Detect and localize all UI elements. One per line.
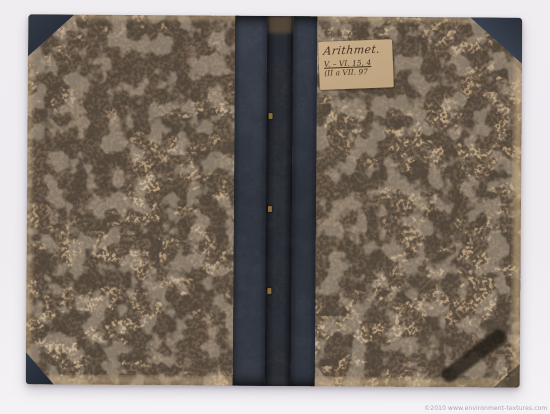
handwritten-label: Arithmet. V. – VI. 15, 4 (II a VII. 97 <box>318 39 394 90</box>
watermark-text: ©2010 www.environment-textures.com <box>424 405 547 412</box>
spine-cloth-left <box>233 16 268 386</box>
spine-staple <box>268 206 272 212</box>
label-title-text: Arithmet. <box>323 42 388 58</box>
spine-groove <box>265 16 294 386</box>
label-catalog-line: (II a VII. 97 <box>324 67 388 79</box>
spine-top-wear <box>268 16 292 33</box>
spine-staple <box>269 113 273 119</box>
spine-cloth-right <box>291 16 318 386</box>
photo-background: Arithmet. V. – VI. 15, 4 (II a VII. 97 ©… <box>0 0 550 414</box>
antique-book-cover: Arithmet. V. – VI. 15, 4 (II a VII. 97 <box>26 14 523 387</box>
spine-staple <box>267 288 271 294</box>
